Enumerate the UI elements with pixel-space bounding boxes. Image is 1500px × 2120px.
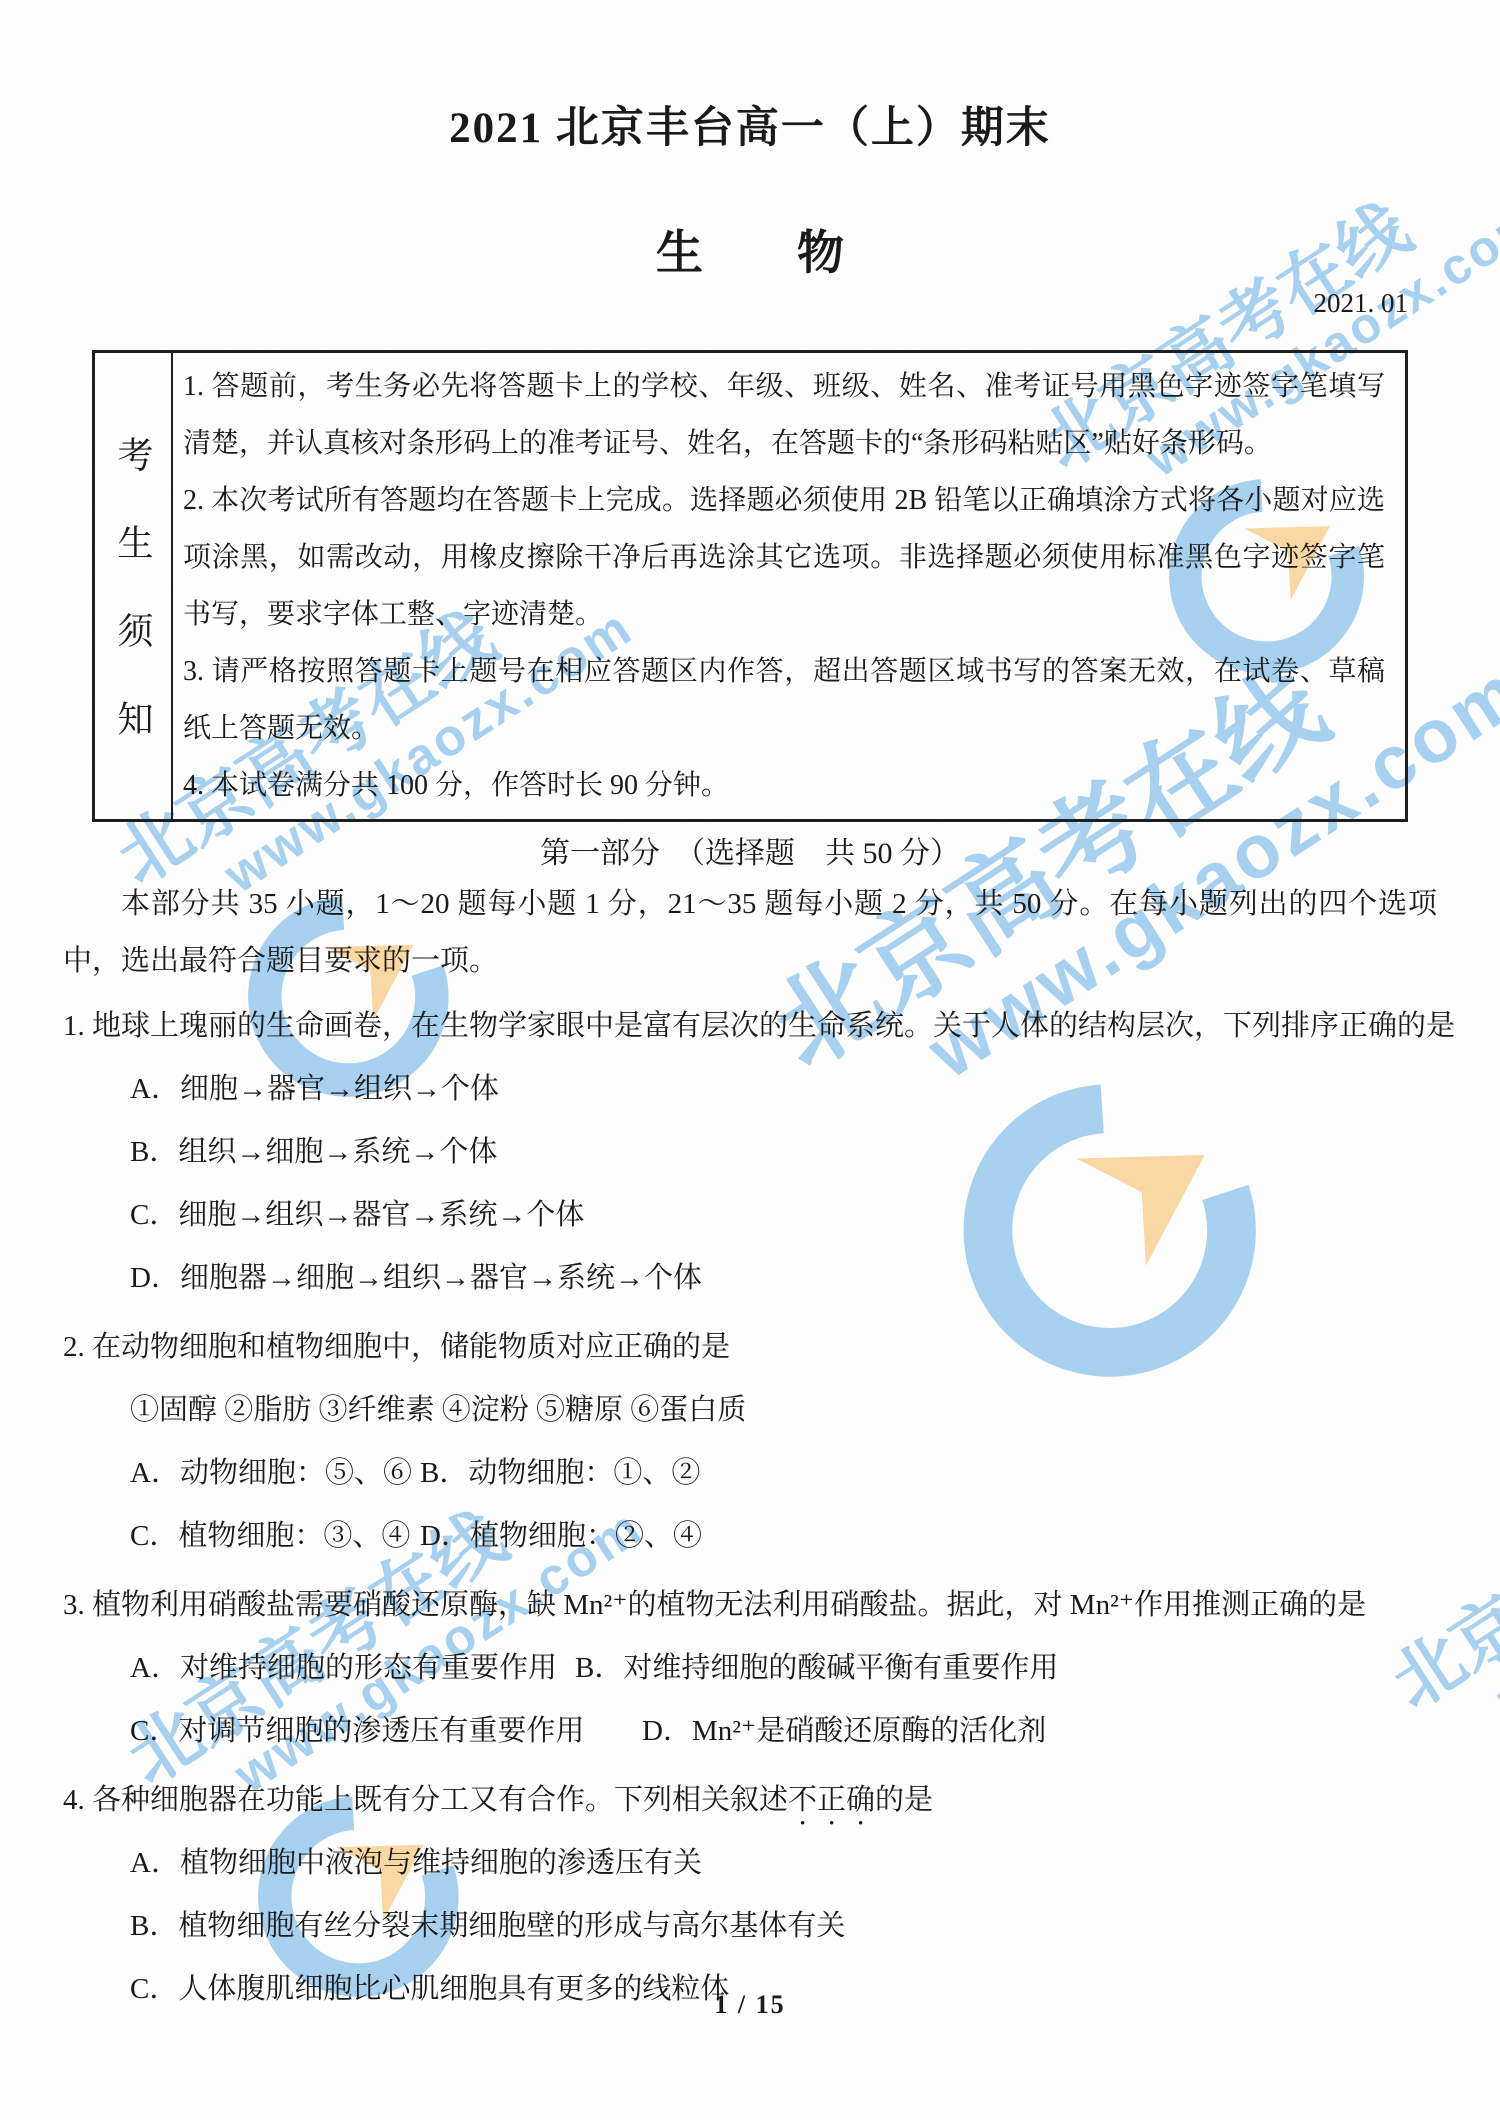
section-heading: 第一部分 （选择题 共 50 分） (0, 828, 1500, 872)
question-stem-text: 的是 (875, 1784, 933, 1816)
option-b: B．对维持细胞的酸碱平衡有重要作用 (575, 1637, 1058, 1700)
question-stem: 1. 地球上瑰丽的生命画卷，在生物学家眼中是富有层次的生命系统。关于人体的结构层… (63, 995, 1437, 1058)
examinee-notice-box: 考生须知 1. 答题前，考生务必先将答题卡上的学校、年级、班级、姓名、准考证号用… (92, 350, 1408, 822)
option-row-cd: C．植物细胞：③、④ D．植物细胞：②、④ (130, 1505, 1437, 1568)
numbered-items-line: ①固醇 ②脂肪 ③纤维素 ④淀粉 ⑤糖原 ⑥蛋白质 (130, 1379, 1437, 1442)
question-stem-text: 地球上瑰丽的生命画卷，在生物学家眼中是富有层次的生命系统。关于人体的结构层次，下… (92, 1010, 1455, 1042)
option-b: B．组织→细胞→系统→个体 (130, 1121, 1437, 1184)
question-1: 1. 地球上瑰丽的生命画卷，在生物学家眼中是富有层次的生命系统。关于人体的结构层… (63, 995, 1437, 1310)
option-b: B．植物细胞有丝分裂末期细胞壁的形成与高尔基体有关 (130, 1895, 1437, 1958)
option-a: A．动物细胞：⑤、⑥ (130, 1442, 420, 1505)
exam-paper-page: 北京高考在线 www.gkaozx.com 北京高考在线 www.gkaozx.… (0, 0, 1500, 2120)
option-c: C．对调节细胞的渗透压有重要作用 (130, 1700, 642, 1763)
notice-paragraphs: 1. 答题前，考生务必先将答题卡上的学校、年级、班级、姓名、准考证号用黑色字迹签… (173, 353, 1405, 819)
question-stem: 4. 各种细胞器在功能上既有分工又有合作。下列相关叙述不正确的是 (63, 1769, 1437, 1832)
notice-item-4: 4. 本试卷满分共 100 分，作答时长 90 分钟。 (183, 757, 1385, 814)
notice-item-2: 2. 本次考试所有答题均在答题卡上完成。选择题必须使用 2B 铅笔以正确填涂方式… (183, 472, 1385, 643)
question-number: 1. (63, 1010, 85, 1042)
exam-subject: 生 物 (0, 216, 1500, 283)
option-row-cd: C．对调节细胞的渗透压有重要作用 D．Mn²⁺是硝酸还原酶的活化剂 (130, 1700, 1437, 1763)
option-a: A．细胞→器官→组织→个体 (130, 1058, 1437, 1121)
question-2: 2. 在动物细胞和植物细胞中，储能物质对应正确的是 ①固醇 ②脂肪 ③纤维素 ④… (63, 1316, 1437, 1568)
question-number: 4. (63, 1784, 85, 1816)
option-c: C．植物细胞：③、④ (130, 1505, 420, 1568)
question-list: 1. 地球上瑰丽的生命画卷，在生物学家眼中是富有层次的生命系统。关于人体的结构层… (63, 995, 1437, 2021)
question-stem-text: 植物利用硝酸盐需要硝酸还原酶，缺 Mn²⁺的植物无法利用硝酸盐。据此，对 Mn²… (92, 1589, 1366, 1621)
option-d: D．植物细胞：②、④ (420, 1505, 702, 1568)
notice-item-3: 3. 请严格按照答题卡上题号在相应答题区内作答，超出答题区域书写的答案无效，在试… (183, 643, 1385, 757)
question-stem: 2. 在动物细胞和植物细胞中，储能物质对应正确的是 (63, 1316, 1437, 1379)
option-row-ab: A．动物细胞：⑤、⑥ B．动物细胞：①、② (130, 1442, 1437, 1505)
question-stem-emphasis: 不正确 (788, 1784, 875, 1816)
exam-title: 2021 北京丰台高一（上）期末 (0, 94, 1500, 155)
option-d: D．Mn²⁺是硝酸还原酶的活化剂 (642, 1700, 1046, 1763)
question-number: 3. (63, 1589, 85, 1621)
option-row-ab: A．对维持细胞的形态有重要作用 B．对维持细胞的酸碱平衡有重要作用 (130, 1637, 1437, 1700)
option-b: B．动物细胞：①、② (420, 1442, 700, 1505)
option-d: D．细胞器→细胞→组织→器官→系统→个体 (130, 1247, 1437, 1310)
question-number: 2. (63, 1331, 85, 1363)
question-3: 3. 植物利用硝酸盐需要硝酸还原酶，缺 Mn²⁺的植物无法利用硝酸盐。据此，对 … (63, 1574, 1437, 1763)
question-stem: 3. 植物利用硝酸盐需要硝酸还原酶，缺 Mn²⁺的植物无法利用硝酸盐。据此，对 … (63, 1574, 1437, 1637)
section-intro: 本部分共 35 小题，1～20 题每小题 1 分，21～35 题每小题 2 分，… (63, 876, 1437, 990)
option-a: A．对维持细胞的形态有重要作用 (130, 1637, 575, 1700)
option-a: A．植物细胞中液泡与维持细胞的渗透压有关 (130, 1832, 1437, 1895)
exam-date: 2021. 01 (1314, 288, 1409, 319)
notice-item-1: 1. 答题前，考生务必先将答题卡上的学校、年级、班级、姓名、准考证号用黑色字迹签… (183, 358, 1385, 472)
question-4: 4. 各种细胞器在功能上既有分工又有合作。下列相关叙述不正确的是 A．植物细胞中… (63, 1769, 1437, 2021)
watermark-url-text: www.gkaozx.com (1488, 1432, 1500, 1725)
notice-side-label: 考生须知 (94, 436, 172, 788)
question-stem-text: 各种细胞器在功能上既有分工又有合作。下列相关叙述 (92, 1784, 788, 1816)
notice-side-column: 考生须知 (95, 353, 173, 819)
question-stem-text: 在动物细胞和植物细胞中，储能物质对应正确的是 (92, 1331, 730, 1363)
option-c: C．细胞→组织→器官→系统→个体 (130, 1184, 1437, 1247)
page-number: 1 / 15 (0, 1990, 1500, 2020)
